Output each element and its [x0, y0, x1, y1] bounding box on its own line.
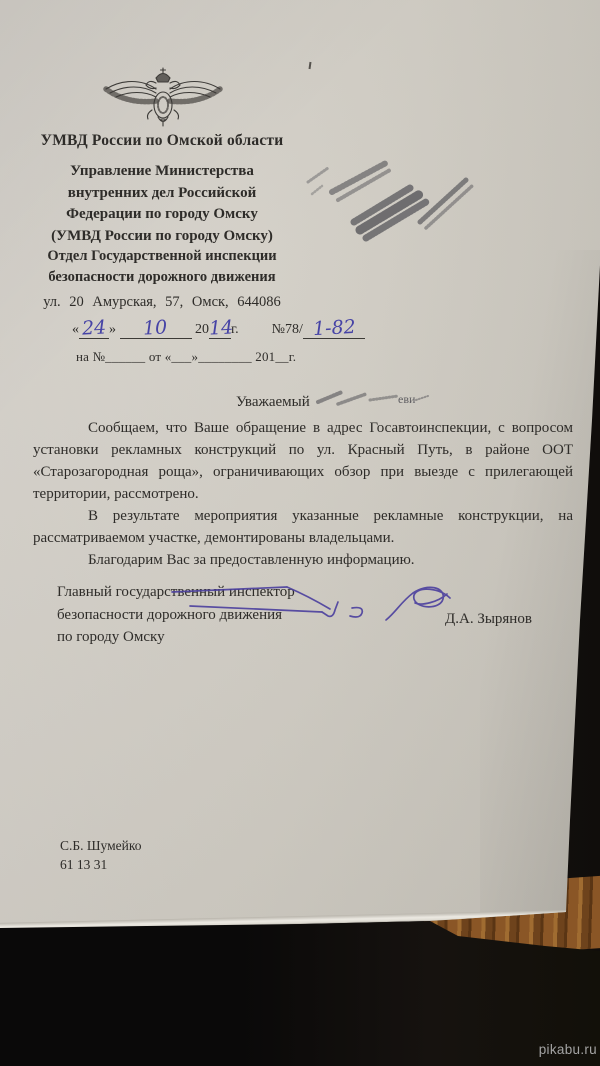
- salutation-greeting: Уважаемый: [236, 394, 310, 410]
- org-address: ул. 20 Амурская, 57, Омск, 644086: [28, 294, 296, 311]
- org-city-line: Федерации по городу Омску: [28, 204, 296, 226]
- executor-name: С.Б. Шумейко: [60, 836, 141, 855]
- handwritten-day: 24: [82, 320, 107, 335]
- year-printed: 20: [195, 322, 209, 337]
- redacted-resolution-scribble: [298, 146, 488, 251]
- photo-of-document: УМВД России по Омской области Управление…: [0, 0, 600, 1066]
- handwritten-year: 14: [209, 320, 234, 335]
- org-city-line: Управление Министерства: [28, 161, 296, 183]
- number-blank: 1-82: [303, 320, 365, 339]
- executor-phone: 61 13 31: [60, 855, 141, 874]
- department-line: Отдел Государственной инспекции: [28, 246, 296, 267]
- executor-block: С.Б. Шумейко 61 13 31: [60, 836, 141, 874]
- month-blank: 10: [120, 320, 192, 339]
- body-paragraph: В результате мероприятия указанные рекла…: [33, 505, 573, 549]
- body-paragraph: Сообщаем, что Ваше обращение в адрес Гос…: [33, 417, 573, 505]
- day-blank: 24: [79, 320, 109, 339]
- org-city-line: (УМВД России по городу Омску): [28, 226, 296, 248]
- department-line: безопасности дорожного движения: [28, 267, 296, 288]
- watermark-pikabu: pikabu.ru: [539, 1042, 597, 1057]
- handwritten-number: 1-82: [312, 320, 355, 336]
- org-region-title: УМВД России по Омской области: [28, 132, 296, 150]
- outgoing-number-label: №78/: [272, 322, 303, 337]
- salutation-line: Уважаемый еви: [236, 386, 432, 412]
- org-city-block: Управление Министерства внутренних дел Р…: [28, 161, 296, 247]
- date-number-line: «24» 10 2014г. №78/1-82: [72, 320, 365, 339]
- org-city-line: внутренних дел Российской: [28, 183, 296, 205]
- quote-open: «: [72, 322, 79, 337]
- pen-tick-mark: [309, 62, 312, 69]
- letter-body: Сообщаем, что Ваше обращение в адрес Гос…: [33, 417, 573, 571]
- year-blank: 14: [209, 320, 231, 339]
- document-sheet: УМВД России по Омской области Управление…: [0, 0, 600, 932]
- mvd-eagle-icon: [102, 66, 224, 130]
- redacted-name-scribble: еви: [314, 386, 432, 412]
- pen-signature: [140, 572, 570, 642]
- redacted-name-hint: еви: [398, 392, 416, 406]
- handwritten-month: 10: [143, 320, 168, 335]
- reply-reference-line: на №______ от «___»________ 201__г.: [76, 349, 296, 365]
- department-block: Отдел Государственной инспекции безопасн…: [28, 246, 296, 288]
- quote-close: »: [109, 322, 116, 337]
- body-paragraph: Благодарим Вас за предоставленную информ…: [33, 549, 573, 571]
